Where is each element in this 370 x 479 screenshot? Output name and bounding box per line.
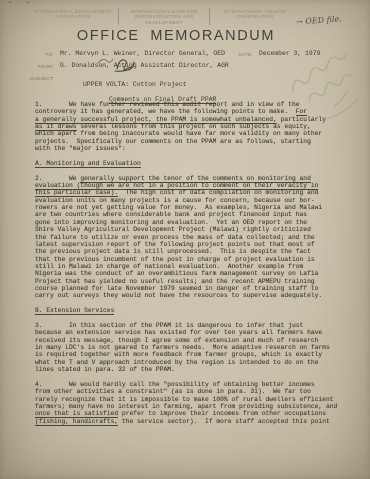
text-line: is required together with more feedback … [35,351,349,358]
text-line: 2. We generally support the tenor of the… [35,175,349,182]
from-acting-word: Acting [114,62,137,69]
text-line: A. Monitoring and Evaluation [35,160,349,167]
text-line: (fishing, handicrafts, the service secto… [35,418,349,425]
from-post: Assistant Director, AGR [137,62,229,69]
text-line: which apart from being inaccurate would … [35,130,349,137]
ink-speck [9,1,11,3]
org-ida: INTERNATIONAL DEVELOPMENT ASSOCIATION [28,8,118,25]
text-line: the failure to utilize or even process t… [35,234,349,241]
org-ifc: INTERNATIONAL FINANCE CORPORATION [209,8,300,25]
org-line: CORPORATION [213,14,297,19]
text-line: that the previous incumbent of the post … [35,256,349,263]
org-ibrd: INTERNATIONAL BANK FOR RECONSTRUCTION AN… [118,8,209,25]
paragraph: 1. We have further reviewed this audit r… [35,101,349,153]
handwritten-routing-note: → OED file. [296,12,370,26]
memo-body: 1. We have further reviewed this audit r… [35,101,349,432]
from-row: FROM: G. Donaldson, Acting Assistant Dir… [18,62,358,69]
section-heading: B. Extension Services [35,307,349,314]
text-line: the previous project data is still unpro… [35,248,349,255]
to-value: Mr. Mervyn L. Weiner, Director General, … [60,50,225,57]
memo-title: OFFICE MEMORANDUM [0,28,352,44]
handwritten-initials [111,57,137,73]
section-heading: A. Monitoring and Evaluation [35,160,349,167]
text-line: with the "major issues": [35,145,349,152]
subject-line1: UPPER VOLTA: Cotton Project [83,81,187,88]
from-label: FROM: [18,62,60,69]
text-line: because an extension service has existed… [35,329,349,336]
text-line: Nigeria was the conduct of an overambiti… [35,270,349,277]
from-value: G. Donaldson, Acting Assistant Director,… [60,62,229,69]
org-line: RECONSTRUCTION AND DEVELOPMENT [122,14,206,25]
text-line: B. Extension Services [35,307,349,314]
text-line: lines stated in para. 32 of the PPAM. [35,366,349,373]
ink-speck [26,1,30,4]
memo-page: INTERNATIONAL DEVELOPMENT ASSOCIATION IN… [0,0,370,479]
text-line: what the T and V approach introduced by … [35,359,349,366]
to-label: TO: [18,50,60,57]
date-label: DATE: [231,50,259,57]
to-row: TO: Mr. Mervyn L. Weiner, Director Gener… [18,50,358,57]
date-block: DATE: December 3, 1979 [231,50,320,57]
text-line: a generally successful project, the PPAM… [35,116,349,123]
paragraph: 4. We would hardly call the "possibility… [35,381,349,425]
text-line: evaluation units on many projects is a c… [35,197,349,204]
text-line: this particular case). The high cost of … [35,189,349,196]
text-line: from other activities a constraint" (as … [35,388,349,395]
subject-label: SUBJECT: [18,74,60,81]
date-value: December 3, 1979 [259,50,320,57]
text-line: once that is satisfied prefer to improve… [35,410,349,417]
paragraph: 3. In this section of the PPAM it is dan… [35,322,349,374]
text-line: Shire Valley Agricultural Development Pr… [35,226,349,233]
paragraph: 2. We generally support the tenor of the… [35,175,349,300]
org-line: ASSOCIATION [31,14,115,19]
text-line: carry out surveys they would not have th… [35,292,349,299]
from-pre: G. Donaldson, [60,62,114,69]
letterhead: INTERNATIONAL DEVELOPMENT ASSOCIATION IN… [28,8,300,25]
text-line: Project that has yielded no useful resul… [35,278,349,285]
text-line: are two countries where considerable ban… [35,211,349,218]
text-line: controversy it has generated, we have th… [35,108,349,115]
text-line: rarely recognize that it is impossible t… [35,396,349,403]
text-line: received its message, though I agree som… [35,337,349,344]
